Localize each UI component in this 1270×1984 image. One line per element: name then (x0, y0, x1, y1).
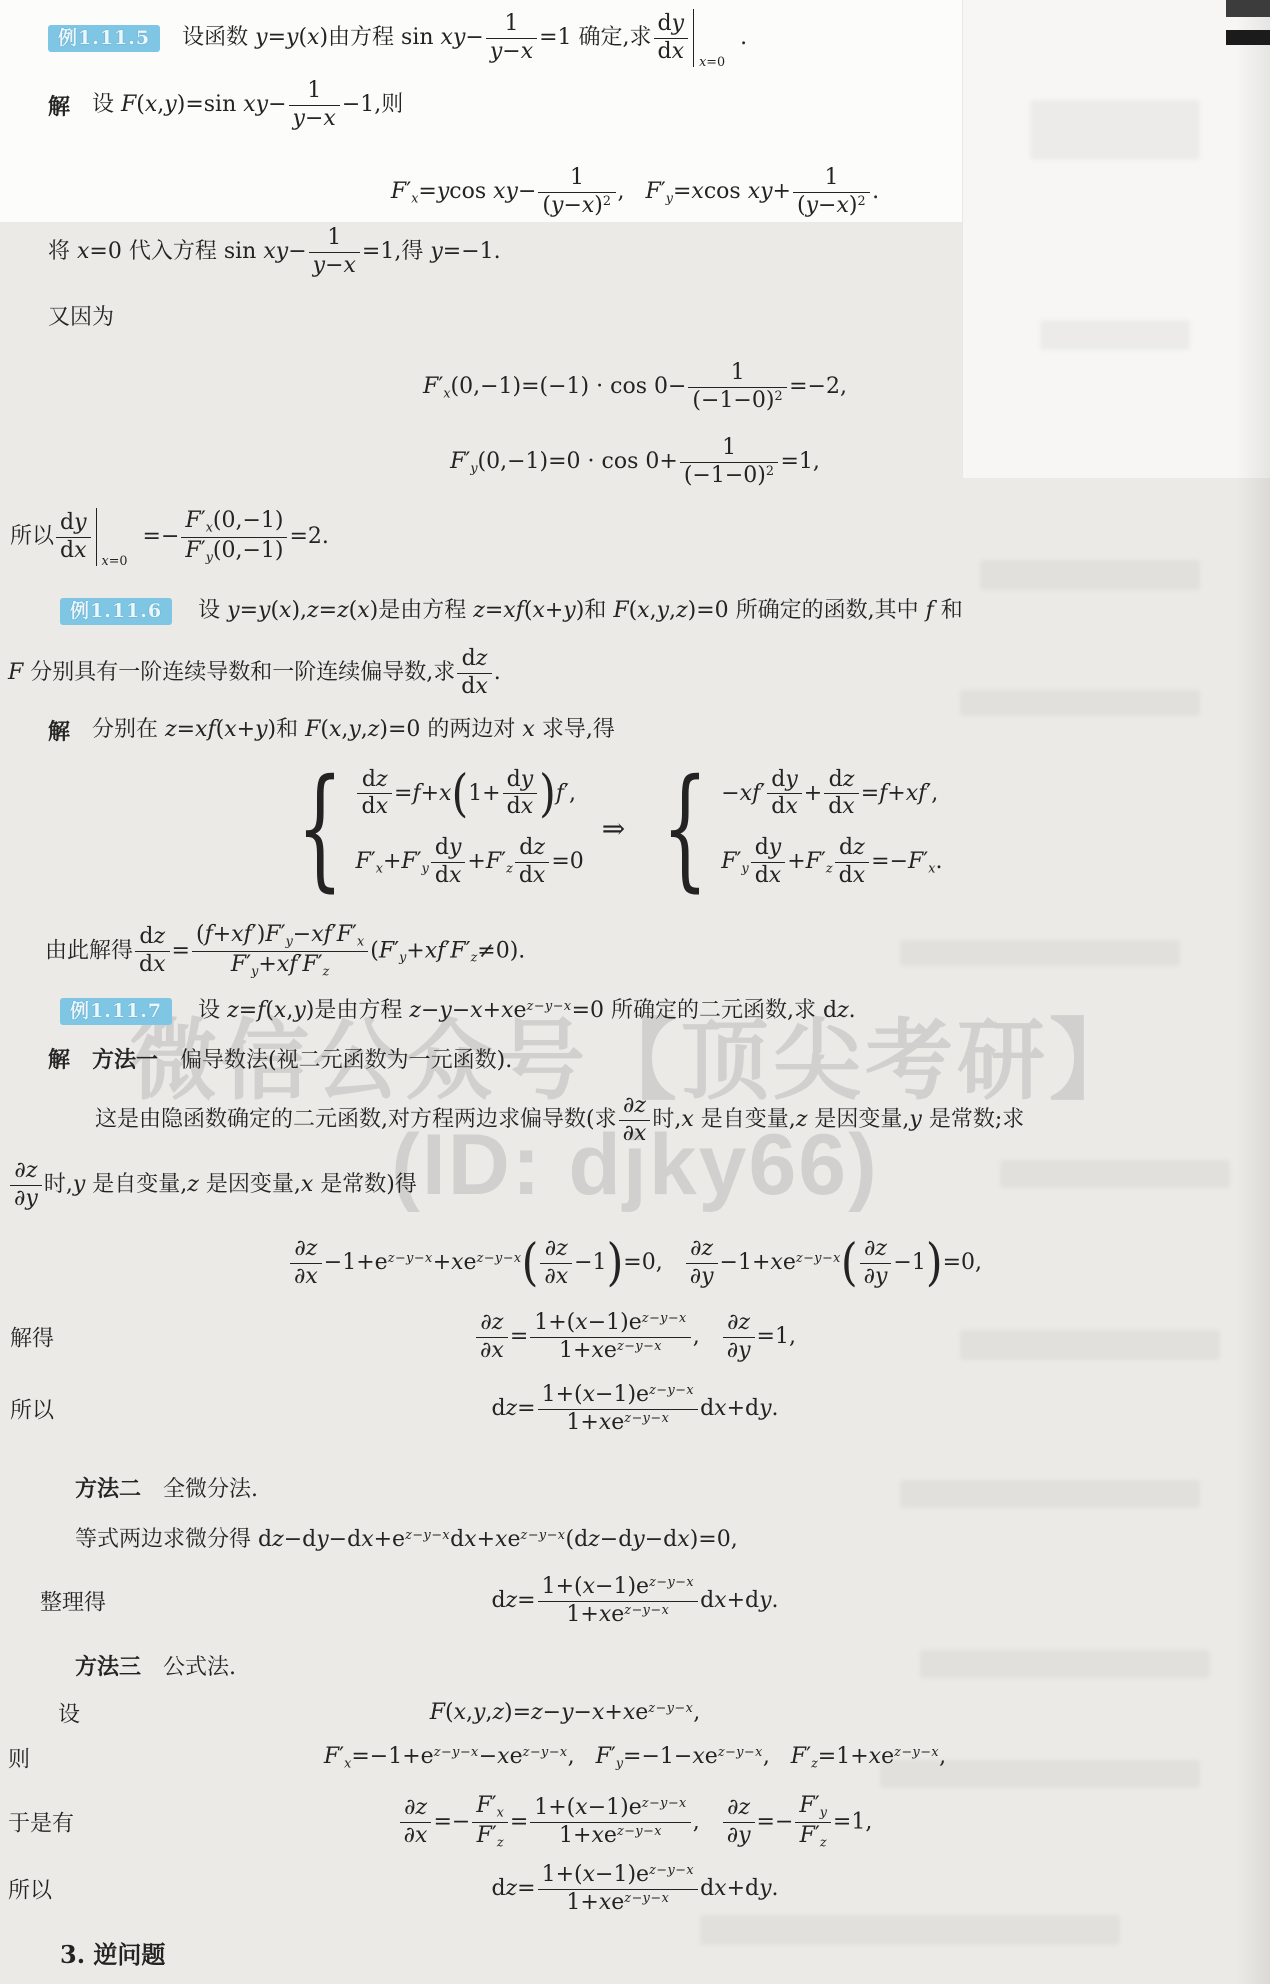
equation-system-left: { dzdx=f+x(1+dydx)f′, F′x+F′ydydx+F′zdzd… (278, 762, 584, 894)
example-7-problem-line: 例1.11.7 设 z=f(x,y)是由方程 z−y−x+xez−y−x=0 所… (0, 992, 1270, 1030)
method1-label: 方法一 (92, 1043, 158, 1074)
left-brace: { (662, 762, 708, 894)
example-6-solution-intro: 解 分别在 z=xf(x+y)和 F(x,y,z)=0 的两边对 x 求导,得 (0, 712, 1270, 748)
so-label: 所以 (10, 1394, 54, 1425)
solution-label: 解 (48, 90, 70, 121)
example-7-method3-differential: 所以 dz=1+(x−1)ez−y−x1+xez−y−xdx+dy. (0, 1852, 1270, 1926)
example-7-method3-setup: 设 F(x,y,z)=z−y−x+xez−y−x, (0, 1691, 1270, 1735)
method2-label: 方法二 (75, 1472, 141, 1503)
solve-label: 解得 (10, 1322, 54, 1353)
example-5-fx-value-equation: F′x(0,−1)=(−1) · cos 0−1(−1−0)2=−2, (0, 354, 1270, 420)
example-7-method2-line: 等式两边求微分得 dz−dy−dx+ez−y−xdx+xez−y−x(dz−dy… (0, 1517, 1270, 1563)
example-6-equation-system: { dzdx=f+x(1+dydx)f′, F′x+F′ydydx+F′zdzd… (0, 753, 1270, 903)
set-label: 设 (58, 1698, 80, 1729)
method2-title: 全微分法. (163, 1472, 258, 1503)
example-7-method3-derivatives: 于是有 ∂z∂x=−F′xF′z=1+(x−1)ez−y−x1+xez−y−x,… (0, 1783, 1270, 1861)
example-6-problem-line1: 例1.11.6 设 y=y(x),z=z(x)是由方程 z=xf(x+y)和 F… (0, 593, 1270, 629)
example-5-problem-math: 设函数 y=y(x)由方程 sin xy−1y−x=1 确定,求dydxx=0. (182, 9, 747, 67)
method3-label: 方法三 (75, 1650, 141, 1681)
example-7-paragraph-line2: ∂z∂y时,y 是自变量,z 是因变量,x 是常数)得 (0, 1153, 1270, 1217)
example-6-tag: 例1.11.6 (60, 598, 172, 625)
example-5-tag: 例1.11.5 (48, 25, 160, 52)
example-5-substitution-line: 将 x=0 代入方程 sin xy−1y−x=1,得 y=−1. (0, 220, 1270, 284)
implies-arrow-icon: ⇒ (602, 811, 625, 846)
example-7-method1-heading: 解 方法一 偏导数法(视二元函数为一元函数). (0, 1040, 1270, 1076)
textbook-page: 微信公众号【顶尖考研】 (ID: djky66) 例1.11.5 设函数 y=y… (0, 0, 1270, 1984)
example-7-method3-partials: 则 F′x=−1+ez−y−x−xez−y−x, F′y=−1−xez−y−x,… (0, 1735, 1270, 1781)
solution-label: 解 (48, 1043, 70, 1074)
example-7-method3-heading: 方法三 公式法. (0, 1647, 1270, 1683)
thus-label: 于是有 (8, 1807, 74, 1838)
example-7-method2-differential: 整理得 dz=1+(x−1)ez−y−x1+xez−y−xdx+dy. (0, 1564, 1270, 1638)
method3-title: 公式法. (163, 1650, 236, 1681)
example-7-tag: 例1.11.7 (60, 998, 172, 1025)
example-6-result: 由此解得dzdx=(f+xf′)F′y−xf′F′xF′y+xf′F′z(F′y… (0, 911, 1270, 991)
left-brace: { (296, 762, 342, 894)
example-5-fy-value-equation: F′y(0,−1)=0 · cos 0+1(−1−0)2=1, (0, 429, 1270, 495)
example-7-paragraph-line1: 这是由隐函数确定的二元函数,对方程两边求偏导数(求∂z∂x时,x 是自变量,z … (0, 1088, 1270, 1152)
solution-label: 解 (48, 715, 70, 746)
section-heading: 3. 逆问题 (0, 1933, 1270, 1971)
example-7-method1-differential: 所以 dz=1+(x−1)ez−y−x1+xez−y−xdx+dy. (0, 1373, 1270, 1445)
example-5-setup-math: 设 F(x,y)=sin xy−1y−x−1,则 (92, 79, 403, 131)
tidy-label: 整理得 (40, 1586, 106, 1617)
method1-title: 偏导数法(视二元函数为一元函数). (180, 1043, 512, 1074)
example-7-method2-heading: 方法二 全微分法. (0, 1469, 1270, 1505)
example-5-partials-equation: F′x=ycos xy−1(y−x)2, F′y=xcos xy+1(y−x)2… (0, 158, 1270, 226)
example-5-conclusion: 所以dydxx=0=−F′x(0,−1)F′y(0,−1)=2. (0, 498, 1270, 576)
example-7-method1-solution: 解得 ∂z∂x=1+(x−1)ez−y−x1+xez−y−x, ∂z∂y=1, (0, 1300, 1270, 1374)
example-6-problem-line2: F 分别具有一阶连续导数和一阶连续偏导数,求dzdx. (0, 641, 1270, 705)
example-5-because-line: 又因为 (0, 298, 1270, 332)
example-5-solution-intro: 解 设 F(x,y)=sin xy−1y−x−1,则 (0, 71, 1270, 139)
example-7-method1-equation: ∂z∂x−1+ez−y−x+xez−y−x(∂z∂x−1)=0, ∂z∂y−1+… (0, 1227, 1270, 1299)
example-5-problem-line: 例1.11.5 设函数 y=y(x)由方程 sin xy−1y−x=1 确定,求… (0, 4, 1270, 72)
equation-system-right: { −xf′dydx+dzdx=f+xf′, F′ydydx+F′zdzdx=−… (643, 762, 942, 894)
so-label: 所以 (8, 1874, 52, 1905)
then-label: 则 (8, 1743, 30, 1774)
